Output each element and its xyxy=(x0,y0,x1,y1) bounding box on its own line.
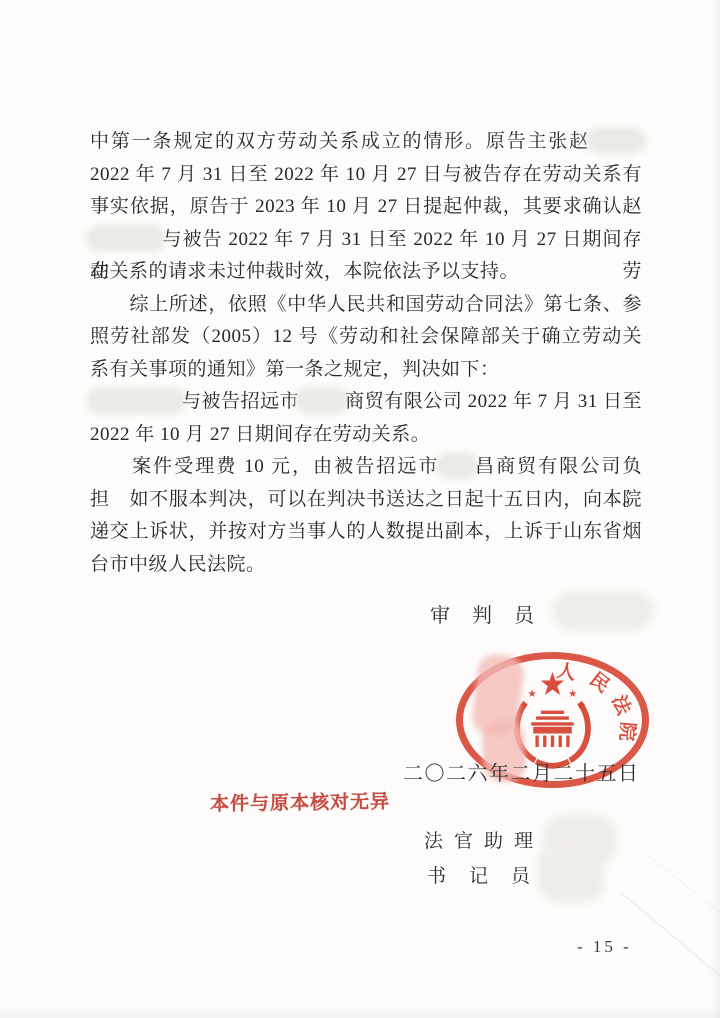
body-line: 与被告招远市商贸有限公司 2022 年 7 月 31 日至 xyxy=(90,386,642,419)
redaction-patch xyxy=(90,229,162,248)
judge-title: 审判员 xyxy=(430,599,556,628)
body-line: 案件受理费 10 元，由被告招远市昌商贸有限公司负担。 xyxy=(90,451,642,484)
body-text-segment: 2022 年 10 月 27 日期间存在劳动关系。 xyxy=(90,424,430,445)
body-line: 台市中级人民法院。 xyxy=(90,549,642,582)
body-text-segment: 综上所述，依照《中华人民共和国劳动合同法》第七条、参 xyxy=(90,294,642,315)
svg-text:★: ★ xyxy=(568,689,578,700)
body-line: 2022 年 10 月 27 日期间存在劳动关系。 xyxy=(90,419,642,452)
body-line: 综上所述，依照《中华人民共和国劳动合同法》第七条、参 xyxy=(90,289,642,322)
body-line: 照劳社部发（2005）12 号《劳动和社会保障部关于确立劳动关 xyxy=(90,321,642,354)
body-text-segment: 案件受理费 10 元，由被告招远市 xyxy=(90,456,440,477)
body-text-segment: 如不服本判决，可以在判决书送达之日起十五日内，向本院 xyxy=(90,489,642,510)
body-line: 与被告 2022 年 7 月 31 日至 2022 年 10 月 27 日期间存… xyxy=(90,224,642,257)
body-text-segment: 递交上诉状，并按对方当事人的人数提出副本，上诉于山东省烟 xyxy=(90,521,642,542)
page-number: - 15 - xyxy=(577,937,632,957)
body-text-segment: 台市中级人民法院。 xyxy=(90,554,266,575)
redaction-patch xyxy=(299,391,345,410)
redaction-clerk-name xyxy=(543,849,599,897)
verification-stamp: 本件与原本核对无异 xyxy=(210,787,390,817)
body-text-segment: 2022 年 7 月 31 日至 2022 年 10 月 27 日与被告存在劳动… xyxy=(90,164,642,185)
body-text-segment: 系有关事项的通知》第一条之规定，判决如下： xyxy=(90,359,500,380)
body-text-segment: 动关系的请求未过仲裁时效，本院依法予以支持。 xyxy=(90,261,519,282)
svg-text:★: ★ xyxy=(528,689,538,700)
redaction-patch xyxy=(90,391,182,410)
body-text-segment: 中第一条规定的双方劳动关系成立的情形。原告主张赵 xyxy=(90,131,590,152)
body-text-segment: 商贸有限公司 2022 年 7 月 31 日至 xyxy=(345,391,642,412)
judgment-date: 二〇二六年二月二十五日 xyxy=(403,757,640,786)
assistant-title: 法官助理 xyxy=(424,826,544,853)
body-line: 中第一条规定的双方劳动关系成立的情形。原告主张赵 xyxy=(90,126,642,159)
redaction-patch xyxy=(440,456,474,475)
scan-crease xyxy=(646,854,720,947)
body-line: 2022 年 7 月 31 日至 2022 年 10 月 27 日与被告存在劳动… xyxy=(90,159,642,192)
seal-ring-char: 院 xyxy=(614,721,643,742)
body-text-segment: 照劳社部发（2005）12 号《劳动和社会保障部关于确立劳动关 xyxy=(90,326,642,347)
clerk-title: 书记员 xyxy=(427,861,553,888)
redaction-patch xyxy=(590,131,642,150)
body-text-segment: 与被告招远市 xyxy=(182,391,299,412)
scan-crease xyxy=(620,891,720,1015)
body-line: 递交上诉状，并按对方当事人的人数提出副本，上诉于山东省烟 xyxy=(90,516,642,549)
body-line: 如不服本判决，可以在判决书送达之日起十五日内，向本院 xyxy=(90,484,642,517)
body-line: 事实依据，原告于 2023 年 10 月 27 日提起仲裁，其要求确认赵 xyxy=(90,191,642,224)
judgment-page: 中第一条规定的双方劳动关系成立的情形。原告主张赵2022 年 7 月 31 日至… xyxy=(0,0,720,1018)
body-text-segment: 事实依据，原告于 2023 年 10 月 27 日提起仲裁，其要求确认赵 xyxy=(90,196,642,217)
judgment-body: 中第一条规定的双方劳动关系成立的情形。原告主张赵2022 年 7 月 31 日至… xyxy=(90,126,642,581)
redaction-judge-name xyxy=(557,597,649,625)
body-line: 系有关事项的通知》第一条之规定，判决如下： xyxy=(90,354,642,387)
